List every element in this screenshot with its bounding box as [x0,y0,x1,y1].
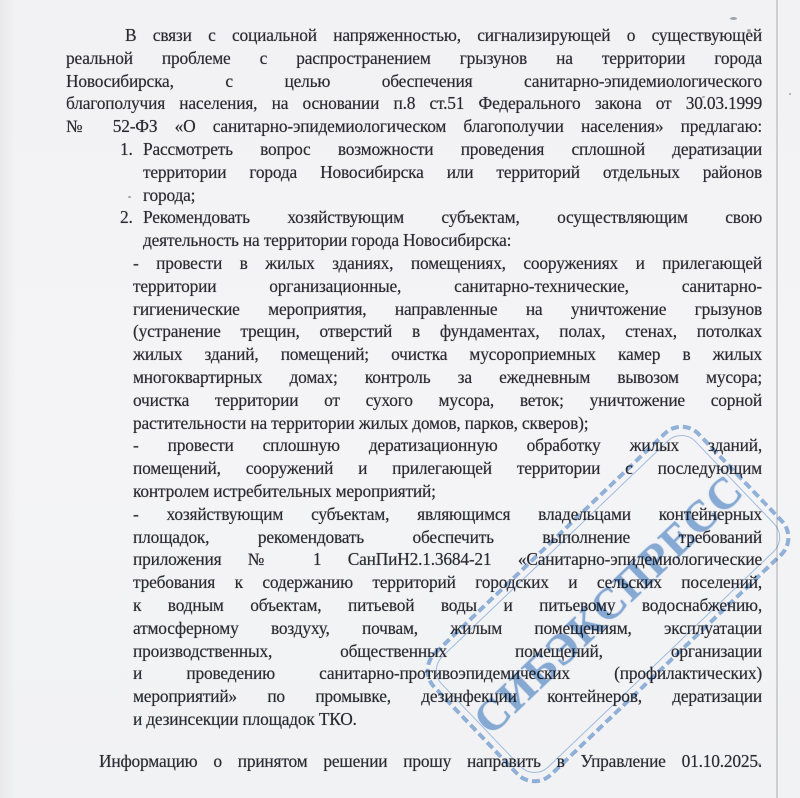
dust-speck [702,96,705,98]
text-line: очистка территории от сухого мусора, вет… [133,389,762,412]
text-line: территории организационные, санитарно-те… [133,275,762,298]
text-line: территории города Новосибирска или терри… [143,161,762,184]
text-line: - провести в жилых зданиях, помещениях, … [133,252,762,275]
dust-speck [789,93,791,95]
dust-speck [730,17,737,20]
dust-speck [757,57,760,60]
text-line: благополучия населения, на основании п.8… [66,92,762,115]
text-line: Информацию о принятом решении прошу напр… [66,750,762,773]
text-line: Рекомендовать хозяйствующим субъектам, о… [143,206,762,229]
numbered-item: 1.Рассмотреть вопрос возможности проведе… [143,138,762,206]
dash-item: - провести в жилых зданиях, помещениях, … [133,252,762,434]
scanner-edge-line [776,0,778,798]
text-line: Новосибирска, с целью обеспечения санита… [66,70,762,93]
text-line: В связи с социальной напряженностью, сиг… [66,24,762,47]
text-line: многоквартирных домах; контроль за ежедн… [133,366,762,389]
text-line: жилых зданий, помещений; очистка мусороп… [133,343,762,366]
dust-speck [758,763,761,766]
text-line: и дезинсекции площадок ТКО. [133,708,762,731]
text-line: Рассмотреть вопрос возможности проведени… [143,138,762,161]
closing-paragraph: Информацию о принятом решении прошу напр… [66,750,762,773]
text-line: гигиенические мероприятия, направленные … [133,298,762,321]
text-line: деятельность на территории города Новоси… [143,229,762,252]
dust-speck [747,29,751,32]
list-marker: 1. [120,138,133,161]
list-marker: 2. [120,206,133,229]
text-line: реальной проблеме с распространением гры… [66,47,762,70]
text-line: города; [143,184,762,207]
scanned-document-page: В связи с социальной напряженностью, сиг… [0,0,800,798]
paragraph: В связи с социальной напряженностью, сиг… [66,24,762,138]
numbered-item: 2.Рекомендовать хозяйствующим субъектам,… [143,206,762,252]
text-line: (устранение трещин, отверстий в фундамен… [133,320,762,343]
dust-speck [128,196,131,198]
text-line: № 52-ФЗ «О санитарно-эпидемиологическом … [66,115,762,138]
